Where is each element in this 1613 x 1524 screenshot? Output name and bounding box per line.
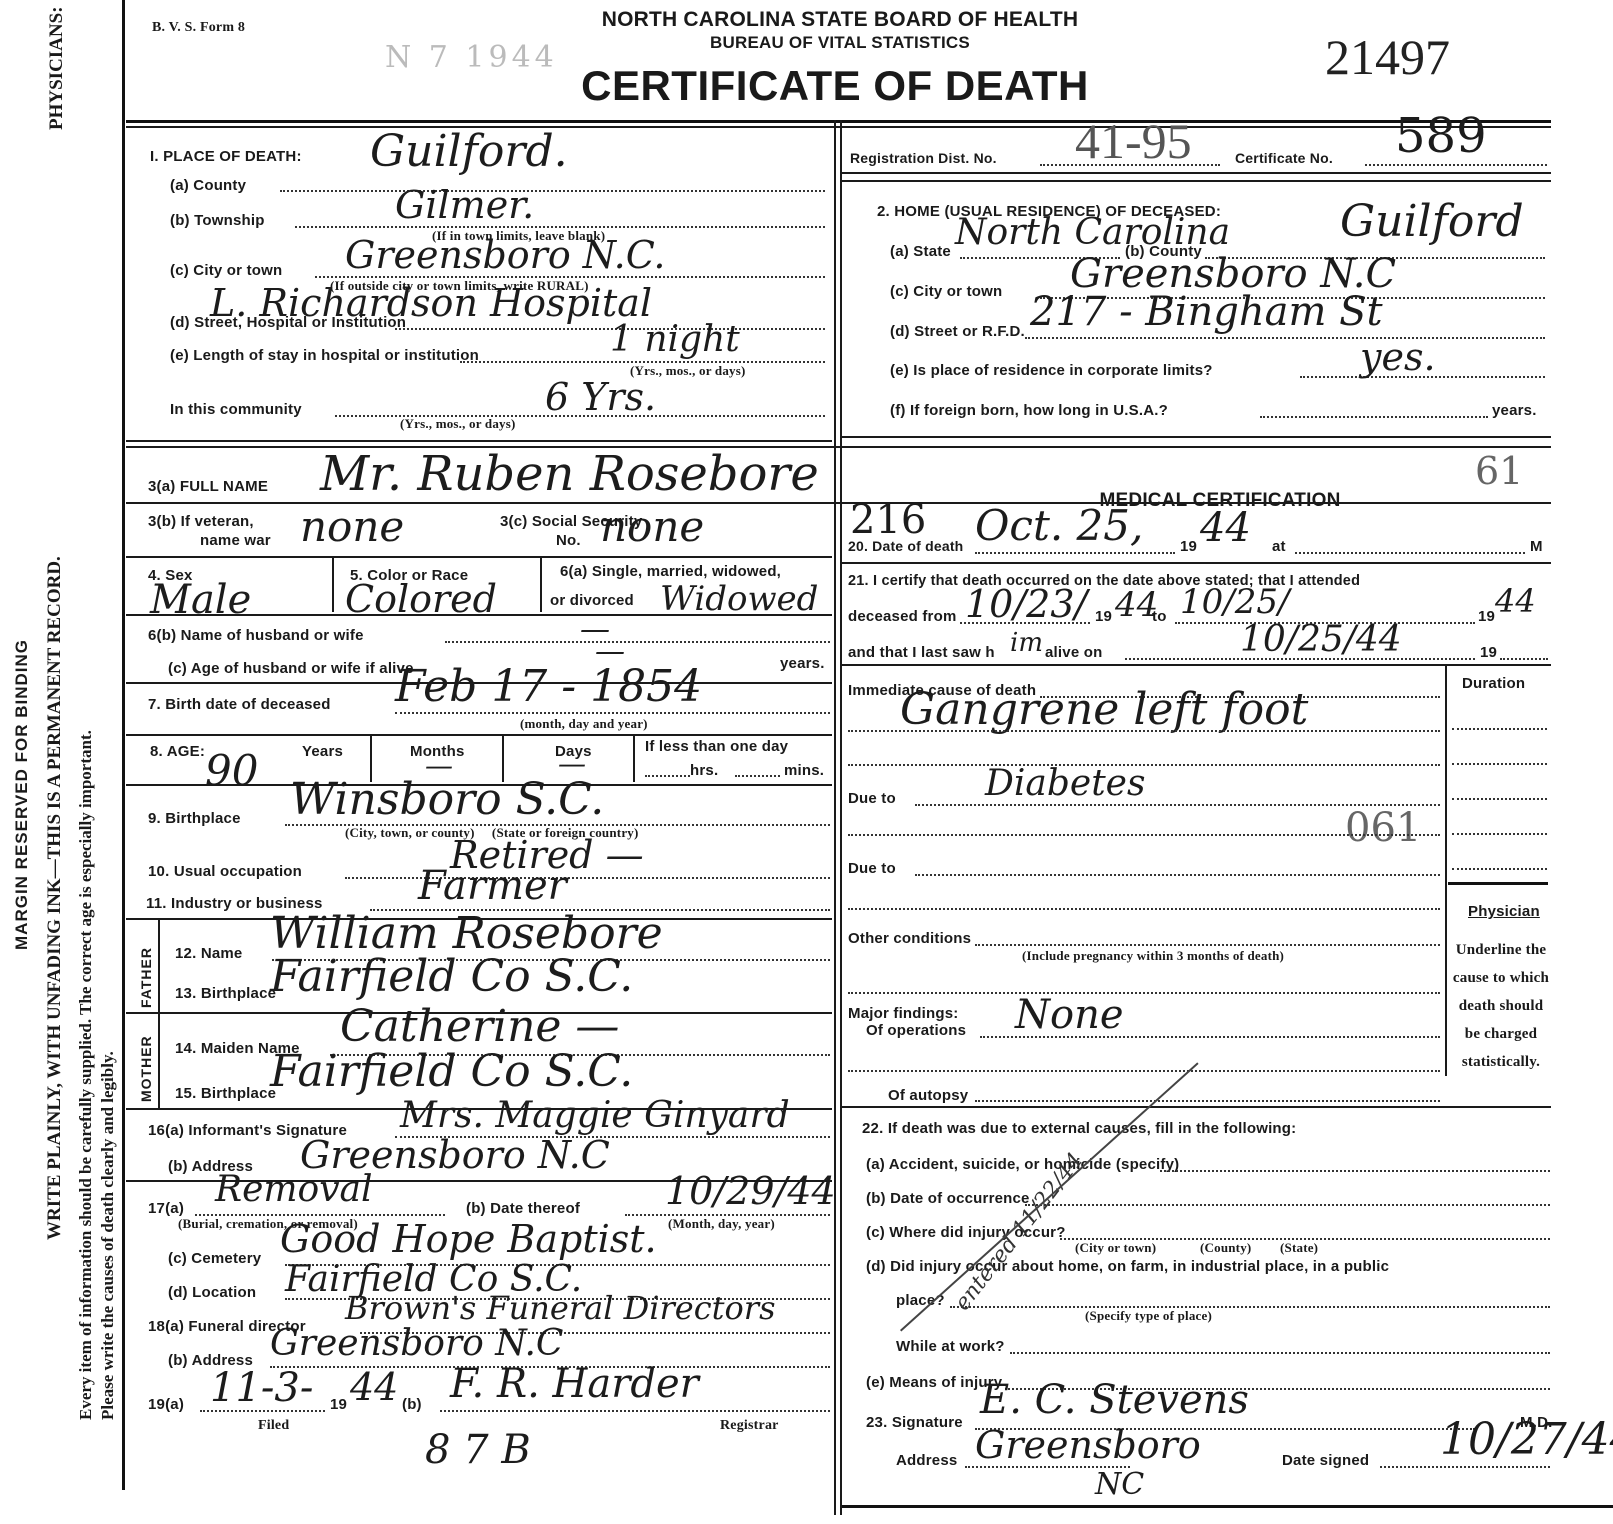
ssn-label-2: No. <box>556 532 581 549</box>
registration-dist-label: Registration Dist. No. <box>850 150 997 166</box>
mother-birthplace-value: Fairfield Co S.C. <box>270 1050 633 1094</box>
operations-label: Of operations <box>866 1022 966 1039</box>
disposition-date-label: (b) Date thereof <box>466 1200 580 1217</box>
other-conditions-label: Other conditions <box>848 930 971 947</box>
place-of-death-city-label: (c) City or town <box>170 262 282 279</box>
birth-date-label: 7. Birth date of deceased <box>148 696 331 713</box>
certificate-number-label: Certificate No. <box>1235 150 1333 166</box>
death-date-label: 20. Date of death <box>848 538 963 554</box>
signature-address-value-2: NC <box>1095 1470 1144 1500</box>
corporate-limits-value: yes. <box>1360 338 1436 376</box>
birthplace-value: Winsboro S.C. <box>290 778 604 822</box>
last-saw-label: and that I last saw h <box>848 644 995 661</box>
attended-from-year-prefix: 19 <box>1095 608 1112 625</box>
date-signed-label: Date signed <box>1282 1452 1369 1469</box>
funeral-director-value: Brown's Funeral Directors <box>345 1292 776 1324</box>
death-time-unit: M <box>1530 538 1543 555</box>
place-of-death-county-value: Guilford. <box>370 130 568 174</box>
registration-dist-value: 41-95 <box>1075 112 1192 170</box>
age-less-day-label: If less than one day <box>645 738 788 755</box>
filed-label: 19(a) <box>148 1396 184 1413</box>
certificate-number-value: 589 <box>1395 112 1487 160</box>
header-rule-top <box>126 120 1551 123</box>
board-title: NORTH CAROLINA STATE BOARD OF HEALTH <box>540 8 1140 32</box>
corporate-limits-label: (e) Is place of residence in corporate l… <box>890 362 1213 379</box>
bureau-title: BUREAU OF VITAL STATISTICS <box>540 33 1140 53</box>
occupation-label: 10. Usual occupation <box>148 863 302 880</box>
in-community-label: In this community <box>170 401 302 418</box>
disposition-date-note: (Month, day, year) <box>668 1216 775 1232</box>
signature-address-value: Greensboro <box>975 1426 1201 1464</box>
disposition-label: 17(a) <box>148 1200 184 1217</box>
place-of-death-county-label: (a) County <box>170 177 246 194</box>
last-saw-year-prefix: 19 <box>1480 644 1497 661</box>
spouse-name-label: 6(b) Name of husband or wife <box>148 627 364 644</box>
spouse-age-label: (c) Age of husband or wife if alive <box>168 660 414 677</box>
due-to-value-1: Diabetes <box>985 766 1145 802</box>
cemetery-value: Good Hope Baptist. <box>280 1220 657 1258</box>
external-heading: 22. If death was due to external causes,… <box>862 1120 1296 1137</box>
disposition-date-value: 10/29/44 <box>665 1172 836 1210</box>
foreign-born-unit: years. <box>1492 402 1537 419</box>
binding-rule <box>122 0 125 1490</box>
in-community-note: (Yrs., mos., or days) <box>400 416 516 432</box>
funeral-director-address-value: Greensboro N.C <box>270 1326 563 1362</box>
physician-note-4: be charged <box>1448 1026 1554 1043</box>
death-year-value: 44 <box>1200 508 1251 548</box>
residence-street-label: (d) Street or R.F.D. <box>890 323 1025 340</box>
residence-street-value: 217 - Bingham St <box>1030 292 1383 332</box>
place-label-1: (d) Did injury occur about home, on farm… <box>866 1258 1389 1275</box>
operations-value: None <box>1015 995 1124 1035</box>
margin-instruction-2: Please write the causes of death clearly… <box>98 1051 118 1420</box>
medical-code-note: 216 <box>850 500 926 540</box>
autopsy-label: Of autopsy <box>888 1087 968 1104</box>
attended-from-value: 10/23/ <box>965 585 1087 623</box>
attended-to-year: 44 <box>1495 585 1536 617</box>
filed-value: 11-3- <box>210 1368 313 1408</box>
death-year-prefix: 19 <box>1180 538 1197 555</box>
due-to-code: 061 <box>1345 808 1421 848</box>
location-label: (d) Location <box>168 1284 256 1301</box>
spouse-age-unit: years. <box>780 655 825 672</box>
in-community-value: 6 Yrs. <box>545 378 656 416</box>
due-to-label-1: Due to <box>848 790 896 807</box>
where-note-city: (City or town) <box>1075 1240 1156 1256</box>
father-birthplace-label: 13. Birthplace <box>175 985 276 1002</box>
physician-note-5: statistically. <box>1448 1054 1554 1071</box>
occurrence-label: (b) Date of occurrence <box>866 1190 1030 1207</box>
veteran-value: none <box>300 506 404 548</box>
major-findings-label: Major findings: <box>848 1005 959 1022</box>
due-to-label-2: Due to <box>848 860 896 877</box>
attended-to-label: to <box>1152 608 1167 625</box>
physician-heading: Physician <box>1468 903 1540 920</box>
mother-tag: MOTHER <box>138 1035 154 1102</box>
disposition-value: Removal <box>215 1172 373 1208</box>
signature-label: 23. Signature <box>866 1414 963 1431</box>
header-rule-top2 <box>126 126 1551 128</box>
veteran-label-2: name war <box>200 532 271 549</box>
form-id: B. V. S. Form 8 <box>152 20 245 36</box>
full-name-label: 3(a) FULL NAME <box>148 478 268 495</box>
physician-note-1: Underline the <box>1448 942 1554 959</box>
physician-note-3: death should <box>1448 998 1554 1015</box>
foreign-born-label: (f) If foreign born, how long in U.S.A.? <box>890 402 1168 419</box>
father-tag: FATHER <box>138 947 154 1008</box>
father-name-label: 12. Name <box>175 945 242 962</box>
marital-value: Widowed <box>660 582 818 616</box>
industry-value: Farmer <box>418 866 567 906</box>
mother-birthplace-label: 15. Birthplace <box>175 1085 276 1102</box>
age-hrs-label: hrs. <box>690 762 718 779</box>
place-note: (Specify type of place) <box>1085 1308 1212 1324</box>
name-margin-note: 61 <box>1475 452 1523 490</box>
cemetery-label: (c) Cemetery <box>168 1250 261 1267</box>
physician-signature: E. C. Stevens <box>980 1380 1249 1420</box>
death-date-value: Oct. 25, <box>975 505 1143 547</box>
ssn-value: none <box>600 506 704 548</box>
work-label: While at work? <box>896 1338 1005 1355</box>
age-mins-label: mins. <box>784 762 824 779</box>
signature-address-label: Address <box>896 1452 957 1469</box>
margin-instruction-1: Every item of information should be care… <box>76 730 96 1420</box>
marital-label-2: or divorced <box>550 592 634 609</box>
age-years-label: Years <box>302 743 343 760</box>
father-birthplace-value: Fairfield Co S.C. <box>270 955 633 999</box>
residence-city-value: Greensboro N.C <box>1070 254 1396 294</box>
place-of-death-street-value: L. Richardson Hospital <box>210 284 652 322</box>
residence-city-label: (c) City or town <box>890 283 1002 300</box>
birth-date-value: Feb 17 - 1854 <box>395 665 702 709</box>
birth-date-note: (month, day and year) <box>520 716 648 732</box>
filed-year-prefix: 19 <box>330 1396 347 1413</box>
last-saw-alive-label: alive on <box>1045 644 1102 661</box>
residence-county-value: Guilford <box>1340 200 1524 244</box>
place-of-death-city-value: Greensboro N.C. <box>345 236 666 274</box>
informant-signature-value: Mrs. Maggie Ginyard <box>400 1098 790 1134</box>
veteran-label-1: 3(b) If veteran, <box>148 513 254 530</box>
margin-physicians-text: PHYSICIANS: <box>46 6 68 130</box>
margin-ink-text: WRITE PLAINLY, WITH UNFADING INK—THIS IS… <box>44 556 66 1240</box>
filing-bottom-note: 8 7 B <box>425 1430 531 1470</box>
date-signed-value: 10/27/44 <box>1440 1418 1613 1462</box>
death-time-label: at <box>1272 538 1286 555</box>
last-saw-value: 10/25/44 <box>1240 622 1402 658</box>
length-of-stay-value: 1 night <box>610 322 740 358</box>
registrar-label: (b) <box>402 1396 422 1413</box>
marital-label-1: 6(a) Single, married, widowed, <box>560 563 781 580</box>
physician-note-2: cause to which <box>1448 970 1554 987</box>
bottom-rule <box>842 1505 1613 1508</box>
margin-binding-text: MARGIN RESERVED FOR BINDING <box>12 639 32 950</box>
certificate-title: CERTIFICATE OF DEATH <box>530 62 1140 110</box>
residence-state-label: (a) State <box>890 243 951 260</box>
center-divider-2 <box>840 120 842 1515</box>
father-name-value: William Rosebore <box>270 912 663 956</box>
filed-note: Filed <box>258 1418 289 1434</box>
mother-name-value: Catherine — <box>340 1005 619 1049</box>
duration-label: Duration <box>1462 675 1525 692</box>
length-of-stay-label: (e) Length of stay in hospital or instit… <box>170 347 479 364</box>
full-name-value: Mr. Ruben Rosebore <box>320 450 819 498</box>
age-label: 8. AGE: <box>150 743 205 760</box>
immediate-cause-value: Gangrene left foot <box>900 688 1308 732</box>
last-saw-pronoun: im <box>1010 630 1043 656</box>
registrar-signature: F. R. Harder <box>450 1364 699 1404</box>
other-conditions-note: (Include pregnancy within 3 months of de… <box>1022 948 1284 964</box>
file-number: 21497 <box>1325 28 1450 86</box>
attended-to-year-prefix: 19 <box>1478 608 1495 625</box>
duration-divider <box>1445 666 1447 1076</box>
accident-label: (a) Accident, suicide, or homicide (spec… <box>866 1156 1179 1173</box>
place-of-death-heading: I. PLACE OF DEATH: <box>150 148 302 165</box>
filed-year-value: 44 <box>350 1368 398 1406</box>
where-note-county: (County) <box>1200 1240 1251 1256</box>
registrar-note: Registrar <box>720 1418 779 1434</box>
attended-to-value: 10/25/ <box>1180 585 1289 619</box>
place-of-death-township-label: (b) Township <box>170 212 265 229</box>
attended-from-label: deceased from <box>848 608 956 625</box>
center-divider-1 <box>834 120 836 1515</box>
place-of-death-township-value: Gilmer. <box>395 186 534 224</box>
where-note-state: (State) <box>1280 1240 1318 1256</box>
birthplace-label: 9. Birthplace <box>148 810 241 827</box>
race-value: Colored <box>345 580 497 618</box>
